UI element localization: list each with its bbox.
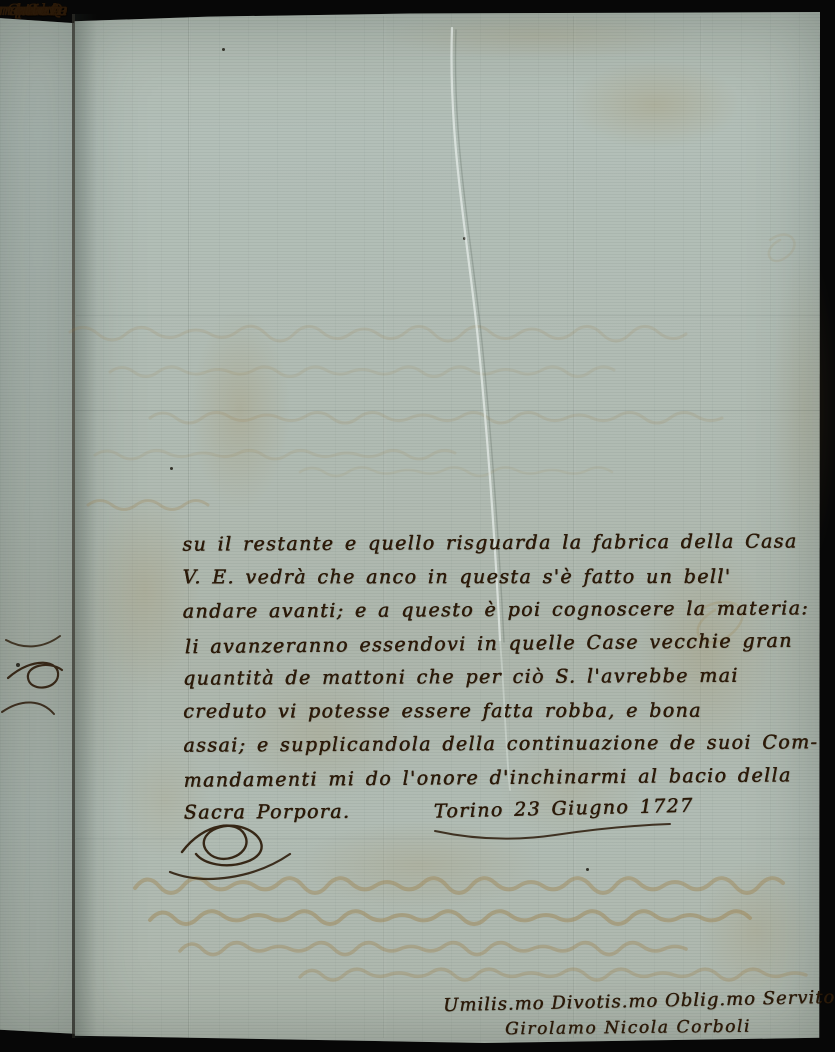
ink-speck [170,467,173,470]
margin-fragment: mettere [0,0,68,19]
manuscript-line: V. E. vedrà che anco in questa s'è fatto… [182,560,772,594]
manuscript-line: andare avanti; e a questo è poi cognosce… [183,592,773,629]
manuscript-body: su il restante e quello risguarda la fab… [182,525,774,830]
manuscript-closing-line: Sacra Porpora. Torino 23 Giugno 1727 [184,793,774,830]
horizontal-fold-crease [76,315,820,316]
horizontal-fold-crease [76,838,820,839]
ink-speck [463,237,466,240]
photograph-backdrop: su il restante e quello risguarda la fab… [0,0,835,1052]
gutter-shadow [75,14,97,1038]
dateline: Torino 23 Giugno 1727 [433,790,694,829]
manuscript-line: creduto vi potesse essere fatta robba, e… [183,694,773,729]
manuscript-line: assai; e supplicandola della continuazio… [183,726,773,763]
manuscript-line: quantità de mattoni che per ciò S. l'avr… [183,659,773,696]
vertical-fold-crease [188,16,189,1038]
signature-name: Girolamo Nicola Corboli [505,1017,751,1040]
ink-speck [222,48,225,51]
facing-page-edge [0,14,76,1038]
ink-speck [16,663,20,667]
manuscript-line: li avanzeranno essendovi in quelle Case … [185,624,775,664]
horizontal-fold-crease [76,410,820,411]
manuscript-line: su il restante e quello risguarda la fab… [182,525,772,562]
ink-speck [586,868,589,871]
closing-salutation: Sacra Porpora. [184,796,351,830]
